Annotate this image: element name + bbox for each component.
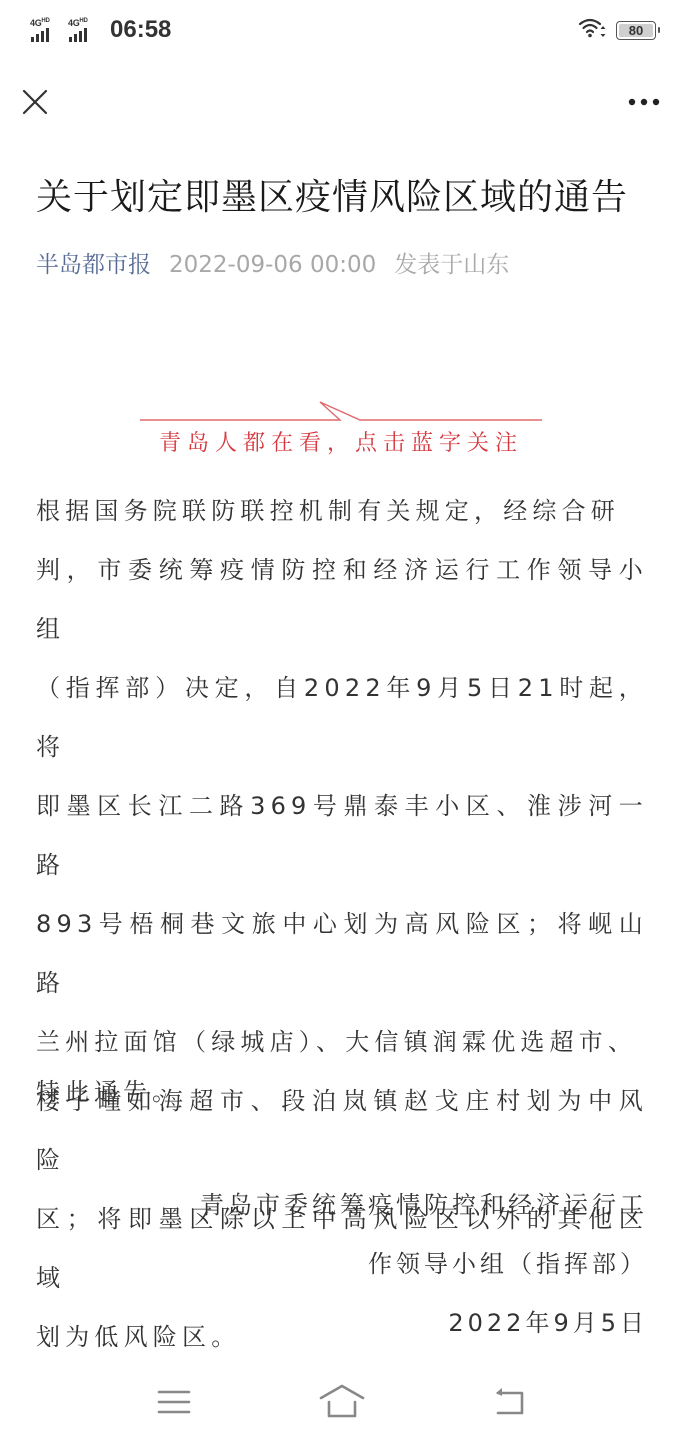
signal-2-sup: HD (79, 18, 87, 24)
status-right: 80 (578, 17, 656, 43)
clock: 06:58 (110, 16, 171, 44)
status-bar: 4GHD 4GHD 06:58 80 (0, 0, 684, 60)
menu-icon (157, 1388, 191, 1416)
battery-level: 80 (619, 24, 653, 37)
signal-1-sup: HD (41, 18, 49, 24)
body-line: 根据国务院联防联控机制有关规定，经综合研 (36, 482, 648, 541)
publish-location: 发表于山东 (394, 248, 509, 282)
signature-line: 作领导小组（指挥部） (36, 1235, 648, 1294)
publish-date: 2022-09-06 00:00 (169, 248, 376, 282)
article-title: 关于划定即墨区疫情风险区域的通告 (36, 172, 648, 224)
home-button[interactable] (317, 1377, 367, 1427)
source-link[interactable]: 半岛都市报 (36, 248, 151, 282)
signal-icon: 4GHD (68, 17, 100, 43)
back-icon (492, 1386, 528, 1418)
menu-button[interactable] (149, 1377, 199, 1427)
signal-1-label: 4G (30, 18, 41, 28)
battery-icon: 80 (616, 21, 656, 40)
signal-2-label: 4G (68, 18, 79, 28)
wifi-icon (578, 17, 608, 43)
top-nav-bar (0, 72, 684, 132)
back-button[interactable] (485, 1377, 535, 1427)
more-icon (627, 97, 661, 107)
body-line: （指挥部）决定，自2022年9月5日21时起，将 (36, 659, 648, 777)
signature-block: 青岛市委统筹疫情防控和经济运行工 作领导小组（指挥部） 2022年9月5日 (36, 1176, 648, 1353)
signal-icon: 4GHD (30, 17, 62, 43)
closing-text: 特此通告。 (36, 1072, 181, 1112)
follow-banner[interactable]: 青岛人都在看，点击蓝字关注 (140, 398, 542, 458)
status-left: 4GHD 4GHD 06:58 (30, 16, 171, 44)
more-button[interactable] (624, 87, 664, 117)
signature-line: 青岛市委统筹疫情防控和经济运行工 (36, 1176, 648, 1235)
system-nav-bar (0, 1360, 684, 1444)
body-line: 判，市委统筹疫情防控和经济运行工作领导小组 (36, 541, 648, 659)
signature-date: 2022年9月5日 (36, 1294, 648, 1353)
body-line: 893号梧桐巷文旅中心划为高风险区；将岘山路 (36, 895, 648, 1013)
banner-slogan: 青岛人都在看，点击蓝字关注 (140, 426, 542, 457)
speech-bubble-line-icon (140, 398, 542, 428)
close-button[interactable] (20, 87, 50, 117)
body-line: 兰州拉面馆（绿城店）、大信镇润霖优选超市、 (36, 1013, 648, 1072)
close-icon (22, 89, 48, 115)
home-icon (318, 1384, 366, 1420)
article-header: 关于划定即墨区疫情风险区域的通告 半岛都市报 2022-09-06 00:00 … (36, 172, 648, 282)
article-meta: 半岛都市报 2022-09-06 00:00 发表于山东 (36, 248, 648, 282)
body-line: 即墨区长江二路369号鼎泰丰小区、淮涉河一路 (36, 777, 648, 895)
